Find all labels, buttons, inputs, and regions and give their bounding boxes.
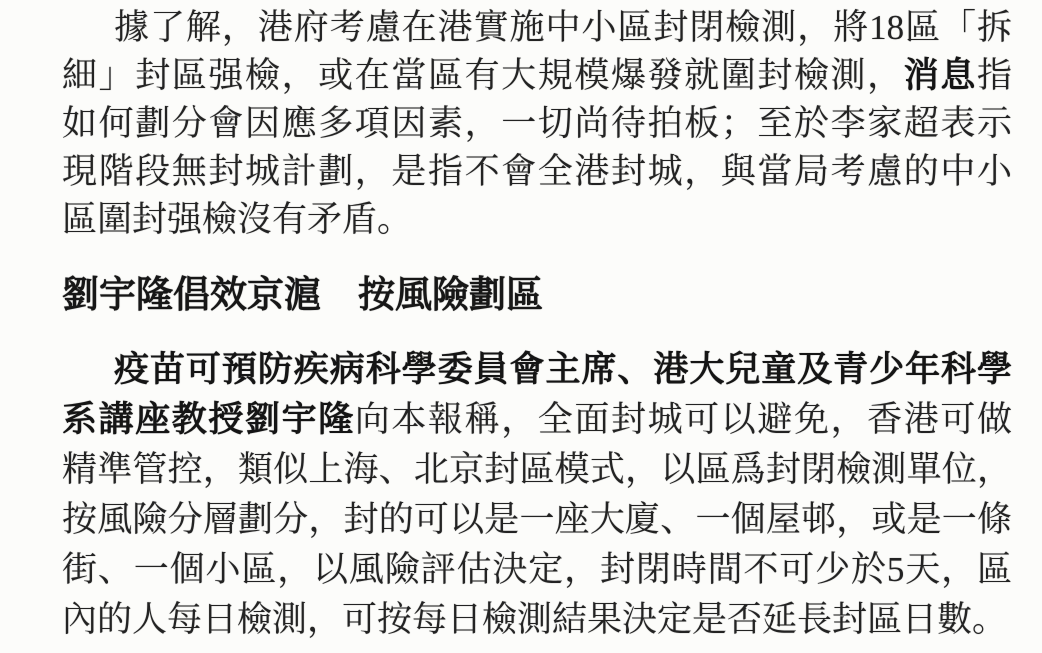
body-text: 精準管控，類似上海、北京封區模式，以區爲封閉檢測單位， [62, 450, 1012, 489]
paragraph-intro: 據了解，港府考慮在港實施中小區封閉檢測，將18區「拆細」封區强檢，或在當區有大規… [62, 4, 1012, 244]
body-text: 細」封區强檢，或在當區有大規模爆發就圍封檢測， [62, 56, 904, 95]
article-text-column: 據了解，港府考慮在港實施中小區封閉檢測，將18區「拆細」封區强檢，或在當區有大規… [62, 4, 1012, 645]
body-text: 現階段無封城計劃，是指不會全港封城，與當局考慮的中小 [62, 152, 1012, 191]
body-text: 向本報稱，全面封城可以避免，香港可做 [355, 400, 1012, 439]
body-text: 指 [977, 56, 1012, 95]
section-heading: 劉宇隆倡效京滬 按風險劃區 [62, 274, 1012, 316]
text-line: 區圍封强檢沒有矛盾。 [62, 196, 1012, 244]
text-line: 內的人每日檢測，可按每日檢測結果決定是否延長封區日數。 [62, 595, 1012, 645]
text-line: 如何劃分會因應多項因素，一切尚待拍板；至於李家超表示 [62, 100, 1012, 148]
text-line: 現階段無封城計劃，是指不會全港封城，與當局考慮的中小 [62, 148, 1012, 196]
bold-emphasis-text: 消息 [904, 56, 977, 95]
text-line: 疫苗可預防疾病科學委員會主席、港大兒童及青少年科學 [62, 345, 1012, 395]
text-line: 細」封區强檢，或在當區有大規模爆發就圍封檢測，消息指 [62, 52, 1012, 100]
body-text: 區圍封强檢沒有矛盾。 [62, 200, 412, 239]
body-text: 據了解，港府考慮在港實施中小區封閉檢測，將18區「拆 [114, 8, 1012, 47]
text-line: 精準管控，類似上海、北京封區模式，以區爲封閉檢測單位， [62, 445, 1012, 495]
paragraph-expert: 疫苗可預防疾病科學委員會主席、港大兒童及青少年科學系講座教授劉宇隆向本報稱，全面… [62, 345, 1012, 645]
body-text: 街、一個小區，以風險評估決定，封閉時間不可少於5天，區 [62, 550, 1012, 589]
text-line: 街、一個小區，以風險評估決定，封閉時間不可少於5天，區 [62, 545, 1012, 595]
text-line: 系講座教授劉宇隆向本報稱，全面封城可以避免，香港可做 [62, 395, 1012, 445]
body-text: 按風險分層劃分，封的可以是一座大廈、一個屋邨，或是一條 [62, 500, 1012, 539]
body-text: 內的人每日檢測，可按每日檢測結果決定是否延長封區日數。 [62, 600, 1007, 639]
body-text: 如何劃分會因應多項因素，一切尚待拍板；至於李家超表示 [62, 104, 1012, 143]
bold-emphasis-text: 系講座教授劉宇隆 [62, 400, 355, 439]
scanned-article-page: 據了解，港府考慮在港實施中小區封閉檢測，將18區「拆細」封區强檢，或在當區有大規… [0, 0, 1042, 653]
text-line: 按風險分層劃分，封的可以是一座大廈、一個屋邨，或是一條 [62, 495, 1012, 545]
text-line: 據了解，港府考慮在港實施中小區封閉檢測，將18區「拆 [62, 4, 1012, 52]
bold-emphasis-text: 疫苗可預防疾病科學委員會主席、港大兒童及青少年科學 [114, 350, 1012, 389]
